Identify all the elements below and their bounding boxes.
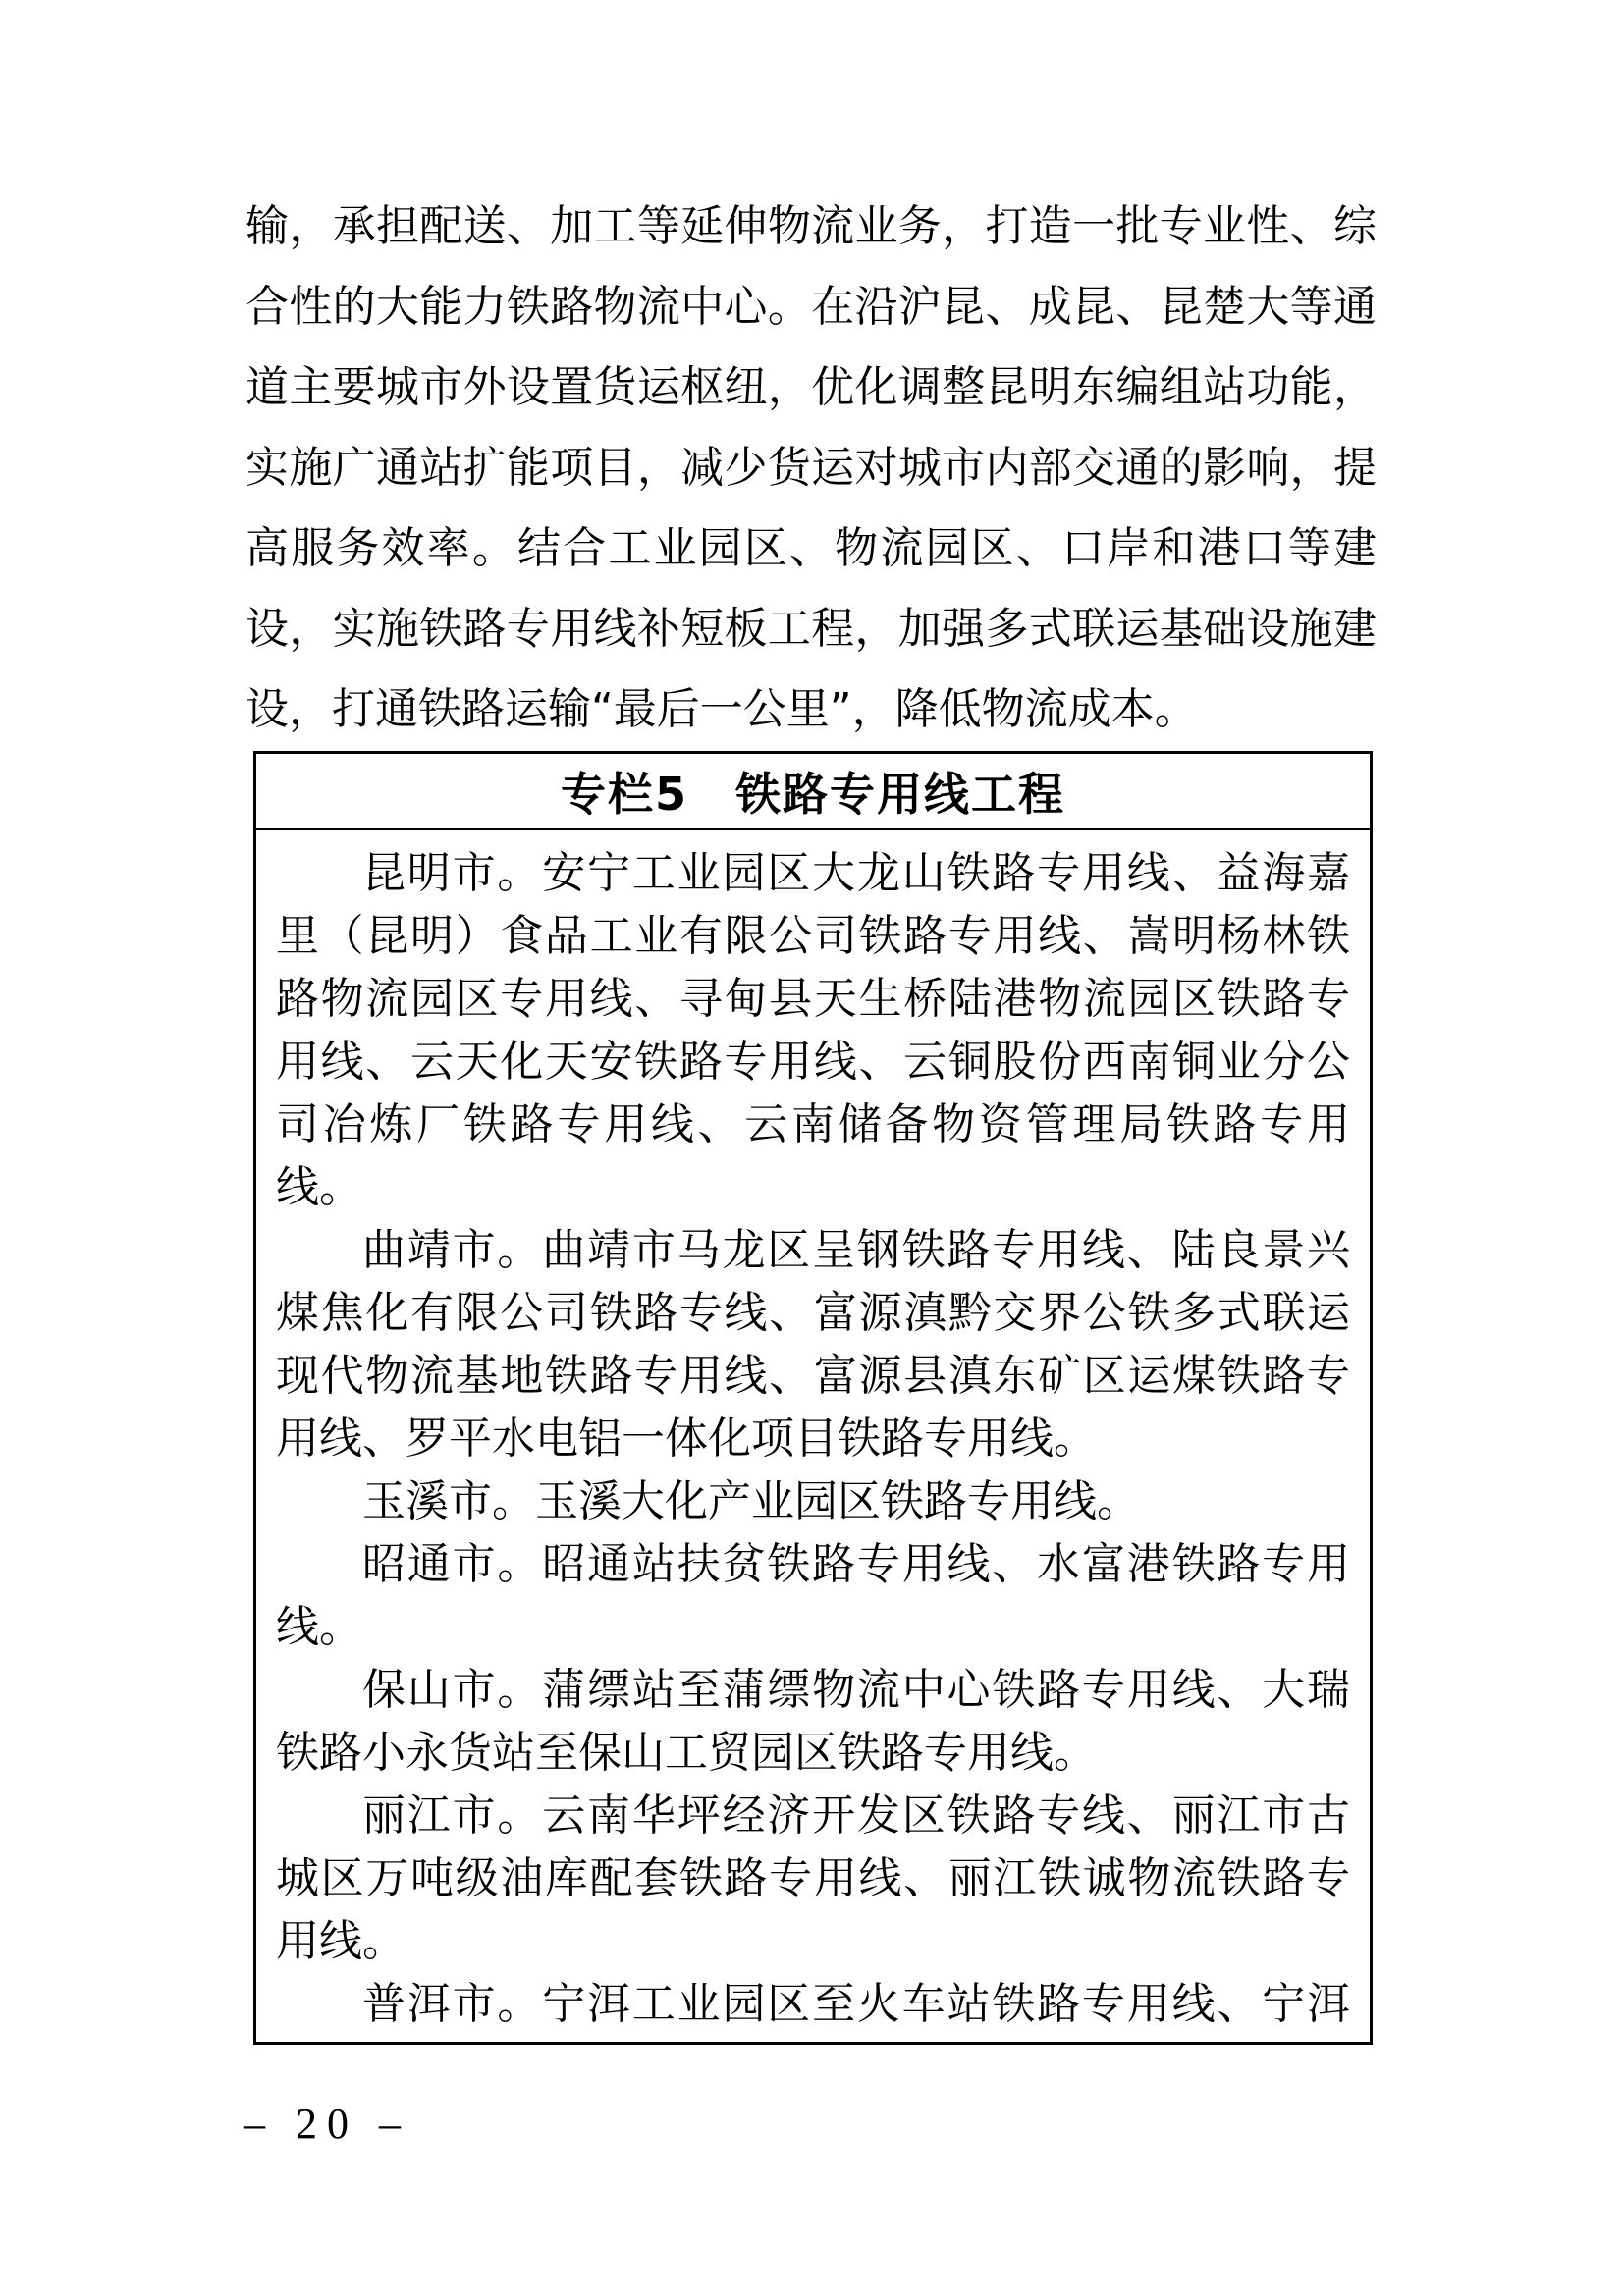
callout-box-title: 专栏5 铁路专用线工程	[256, 754, 1370, 830]
callout-box: 专栏5 铁路专用线工程 昆明市。安宁工业园区大龙山铁路专用线、益海嘉里（昆明）食…	[253, 751, 1373, 2045]
callout-paragraph-zhaotong: 昭通市。昭通站扶贫铁路专用线、水富港铁路专用线。	[276, 1533, 1350, 1659]
callout-paragraph-baoshan: 保山市。蒲缥站至蒲缥物流中心铁路专用线、大瑞铁路小永货站至保山工贸园区铁路专用线…	[276, 1659, 1350, 1785]
page-number: – 20 –	[244, 2099, 410, 2149]
document-page: 输，承担配送、加工等延伸物流业务，打造一批专业性、综合性的大能力铁路物流中心。在…	[0, 0, 1624, 2296]
callout-paragraph-puer: 普洱市。宁洱工业园区至火车站铁路专用线、宁洱县石油库铁路专用线。	[276, 1973, 1350, 2030]
callout-paragraph-kunming: 昆明市。安宁工业园区大龙山铁路专用线、益海嘉里（昆明）食品工业有限公司铁路专用线…	[276, 842, 1350, 1219]
callout-paragraph-yuxi: 玉溪市。玉溪大化产业园区铁路专用线。	[276, 1470, 1350, 1533]
callout-paragraph-qujing: 曲靖市。曲靖市马龙区呈钢铁路专用线、陆良景兴煤焦化有限公司铁路专线、富源滇黔交界…	[276, 1219, 1350, 1470]
body-paragraph: 输，承担配送、加工等延伸物流业务，打造一批专业性、综合性的大能力铁路物流中心。在…	[245, 187, 1377, 754]
callout-box-body: 昆明市。安宁工业园区大龙山铁路专用线、益海嘉里（昆明）食品工业有限公司铁路专用线…	[256, 830, 1370, 2030]
callout-paragraph-lijiang: 丽江市。云南华坪经济开发区铁路专线、丽江市古城区万吨级油库配套铁路专用线、丽江铁…	[276, 1785, 1350, 1973]
